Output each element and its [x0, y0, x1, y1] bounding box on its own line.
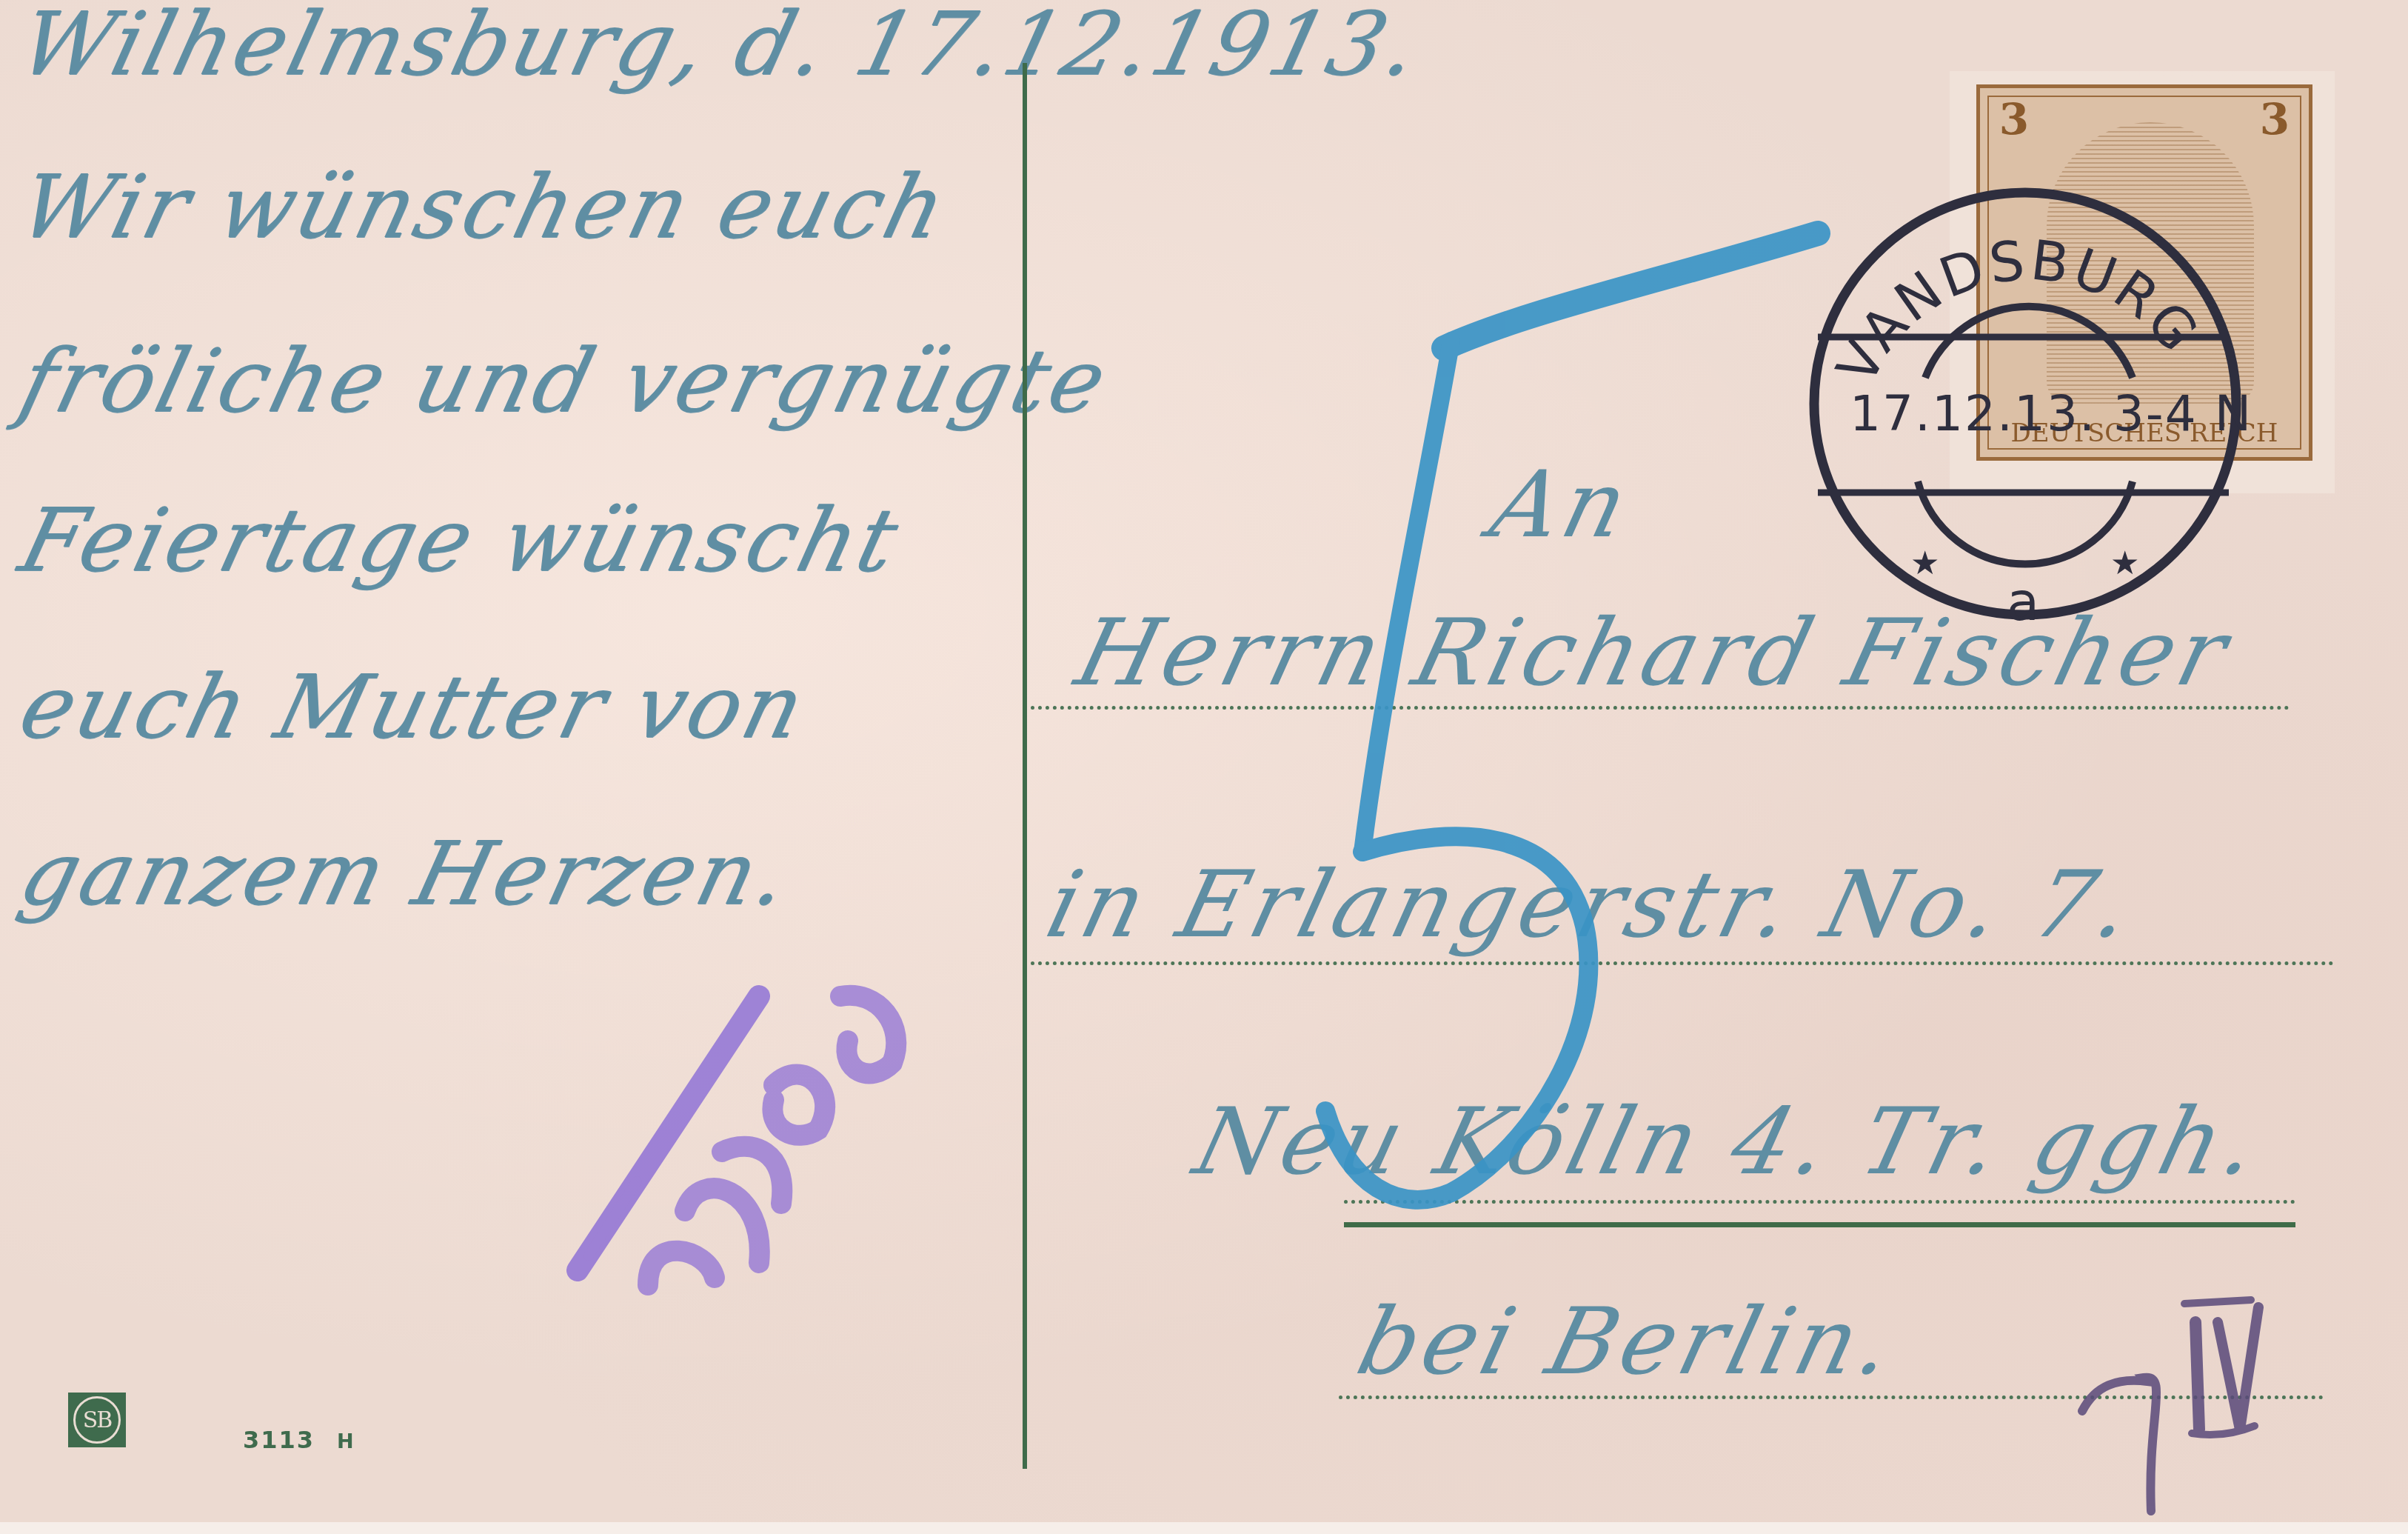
postmark-star-left-icon: ★ — [1910, 544, 1939, 582]
pencil-note-7-iv — [2073, 1281, 2266, 1526]
message-line: euch Mutter von — [10, 656, 817, 758]
message-line-date: Wilhelmsburg, d. 17.12.1913. — [10, 0, 1431, 95]
postmark-date: 17.12.13. 3-4 N — [1850, 385, 2253, 442]
postmark-letter: a — [2007, 570, 2039, 633]
postmark-star-right-icon: ★ — [2110, 544, 2139, 582]
message-line: fröliche und vergnügte — [10, 330, 1119, 432]
purple-porto-stamp — [544, 952, 959, 1300]
message-line: Feiertage wünscht — [10, 489, 910, 591]
card-bottom-edge — [0, 1522, 2408, 1534]
postcard: Wilhelmsburg, d. 17.12.1913. Wir wünsche… — [0, 0, 2408, 1534]
publisher-imprint: 3113H — [243, 1426, 355, 1454]
message-line: Wir wünschen euch — [10, 156, 958, 258]
publisher-logo: SB — [68, 1393, 126, 1447]
address-city: bei Berlin. — [1348, 1289, 1907, 1395]
center-divider — [1023, 63, 1027, 1469]
card-series: H — [337, 1430, 355, 1453]
publisher-logo-text: SB — [73, 1396, 121, 1444]
card-number: 3113 — [243, 1426, 315, 1454]
blue-crayon-numeral — [1214, 200, 1851, 1230]
message-line: ganzem Herzen. — [10, 822, 801, 924]
stamp-value-right: 3 — [2253, 96, 2297, 143]
stamp-value-left: 3 — [1992, 96, 2036, 143]
